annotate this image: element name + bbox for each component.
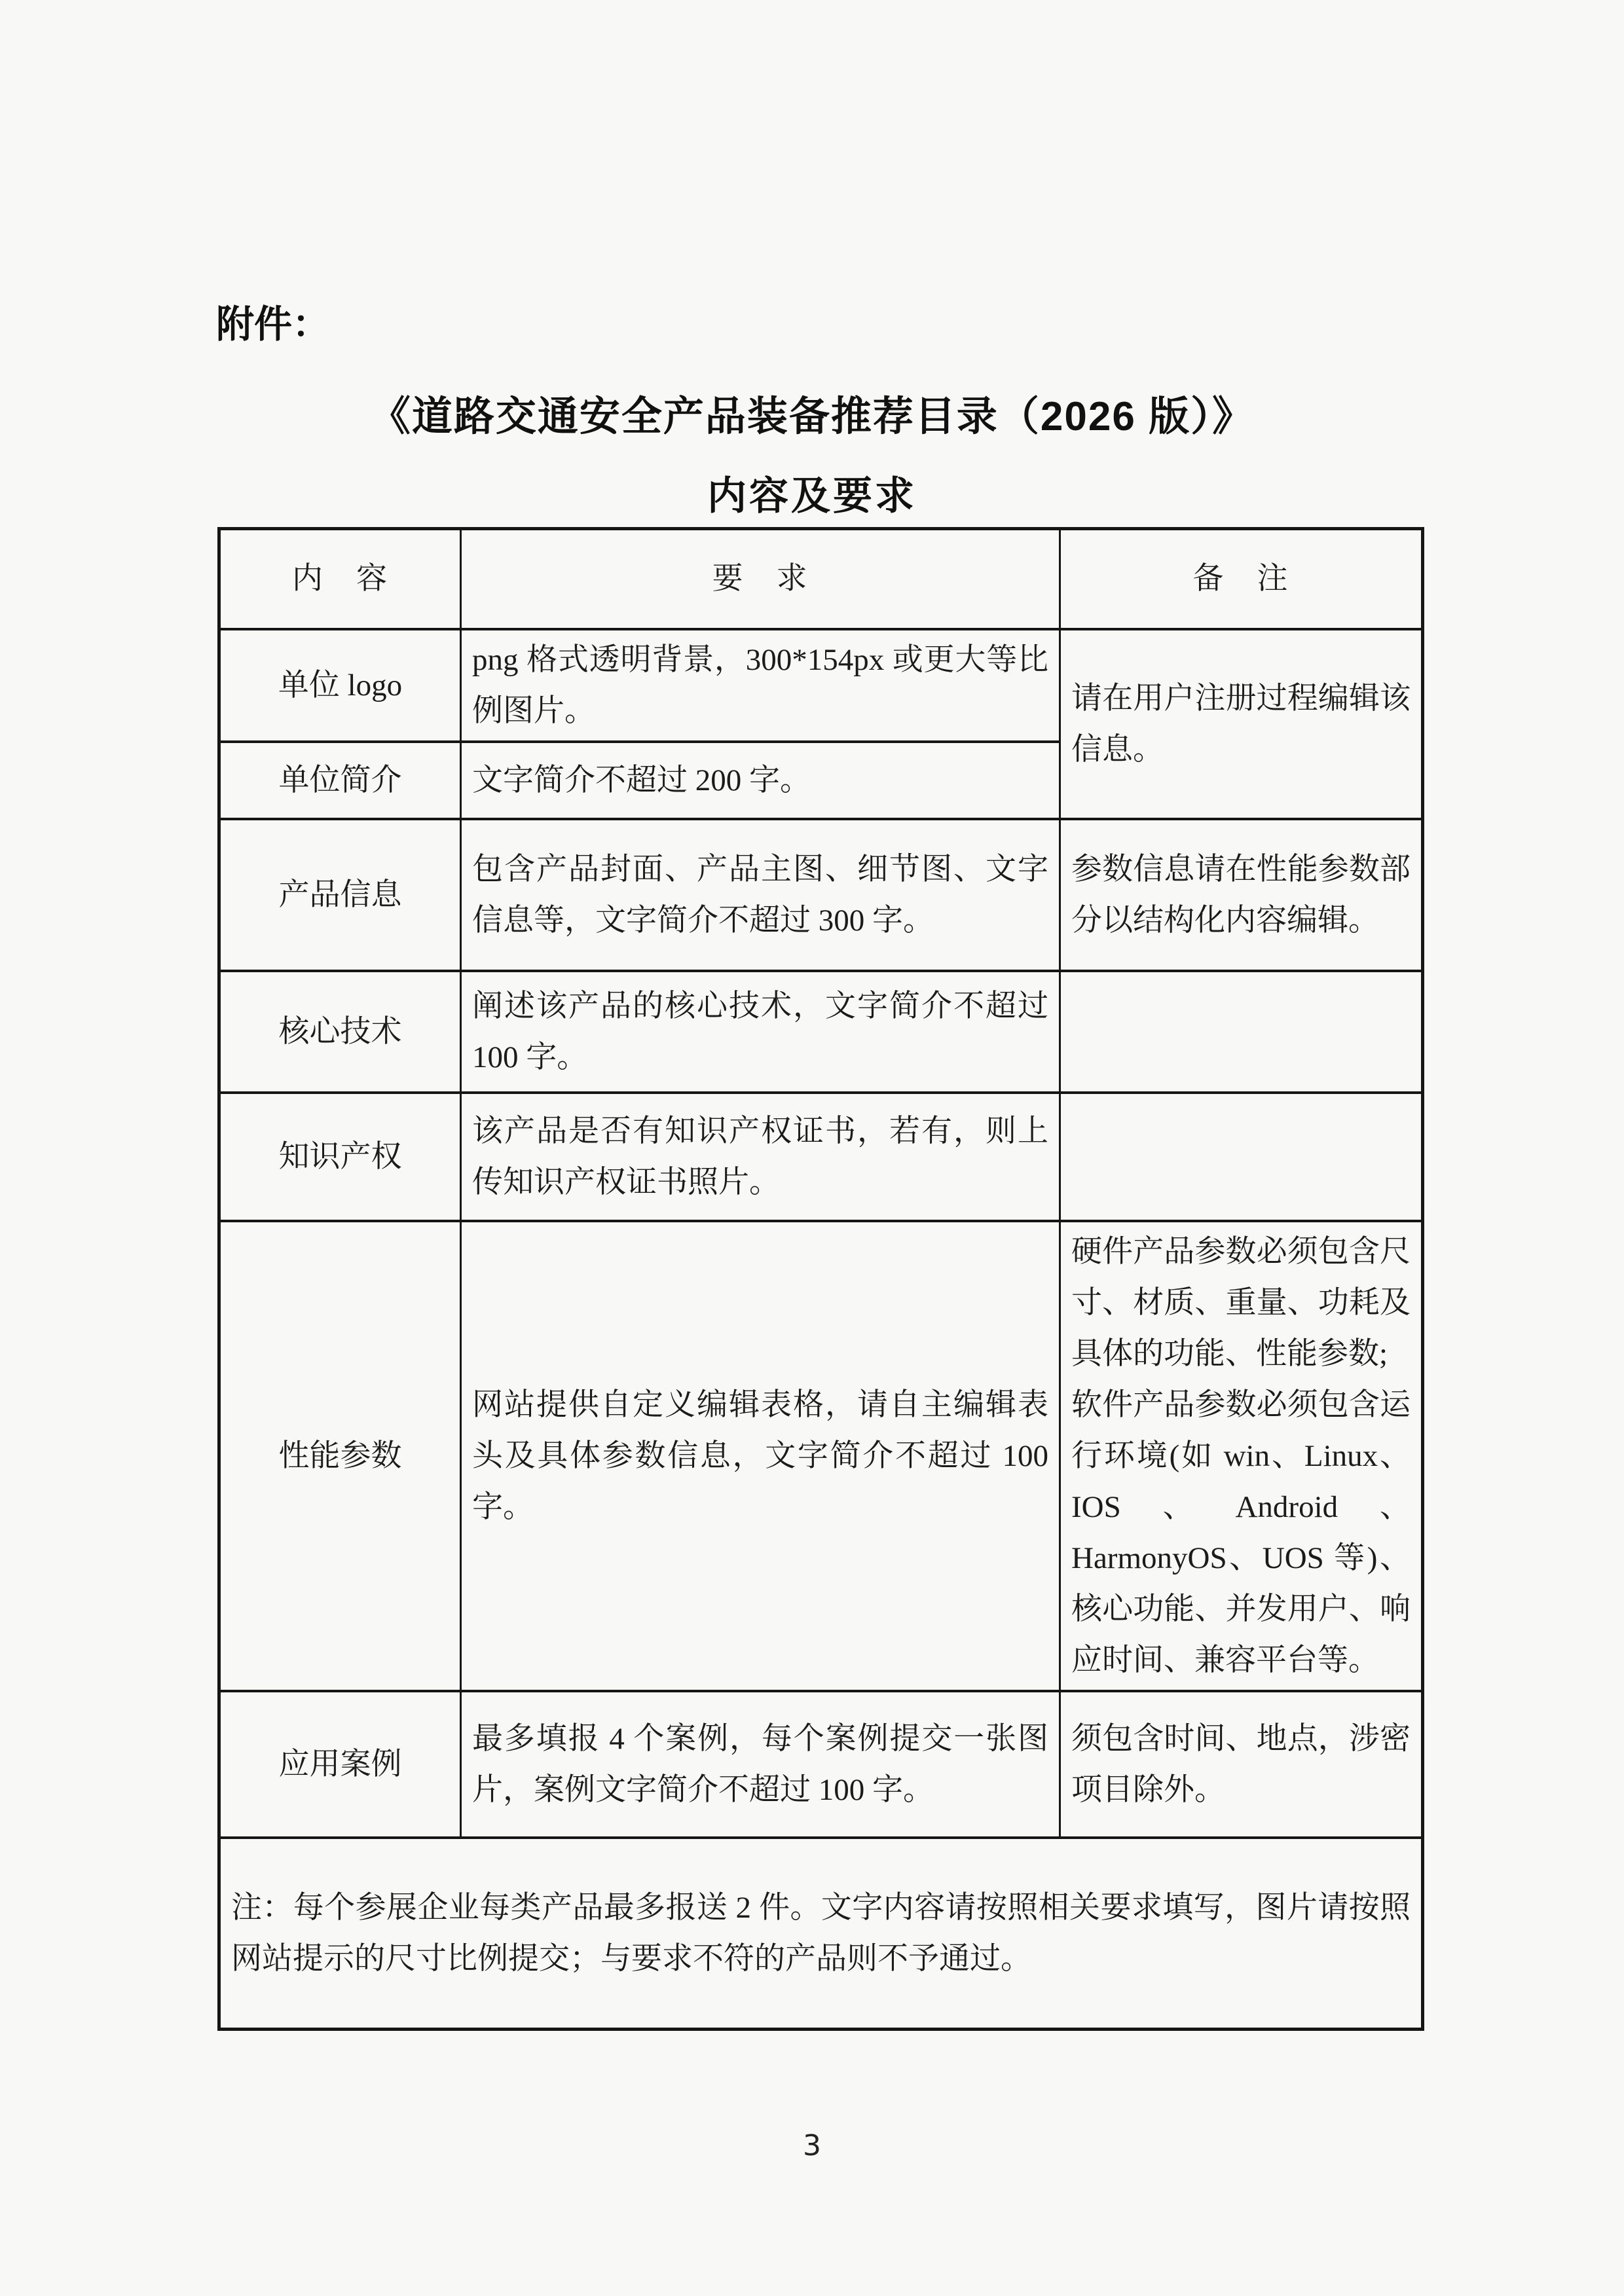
remark-paragraph-software: 软件产品参数必须包含运行环境(如 win、Linux、IOS、Android、H… (1071, 1379, 1411, 1686)
row-requirement: 网站提供自定义编辑表格，请自主编辑表头及具体参数信息，文字简介不超过 100 字… (461, 1221, 1060, 1691)
remark-paragraph-hardware: 硬件产品参数必须包含尺寸、材质、重量、功耗及具体的功能、性能参数; (1071, 1226, 1411, 1379)
row-remark-empty (1060, 971, 1423, 1093)
row-remark-empty (1060, 1093, 1423, 1221)
row-remark: 硬件产品参数必须包含尺寸、材质、重量、功耗及具体的功能、性能参数; 软件产品参数… (1060, 1221, 1423, 1691)
table-row-product-info: 产品信息 包含产品封面、产品主图、细节图、文字信息等，文字简介不超过 300 字… (219, 819, 1423, 971)
row-label: 知识产权 (219, 1093, 461, 1221)
row-label: 单位简介 (219, 742, 461, 819)
page-number: 3 (0, 2129, 1624, 2162)
row-remark-merged: 请在用户注册过程编辑该信息。 (1060, 629, 1423, 819)
row-label: 性能参数 (219, 1221, 461, 1691)
table-header-row: 内 容 要 求 备 注 (219, 529, 1423, 629)
header-requirement: 要 求 (461, 529, 1060, 629)
row-requirement: 最多填报 4 个案例，每个案例提交一张图片，案例文字简介不超过 100 字。 (461, 1691, 1060, 1838)
row-label: 产品信息 (219, 819, 461, 971)
row-remark: 参数信息请在性能参数部分以结构化内容编辑。 (1060, 819, 1423, 971)
row-requirement: 文字简介不超过 200 字。 (461, 742, 1060, 819)
header-remark: 备 注 (1060, 529, 1423, 629)
document-title: 《道路交通安全产品装备推荐目录（2026 版）》 (0, 384, 1624, 442)
document-subtitle: 内容及要求 (0, 465, 1624, 521)
document-page: 附件： 《道路交通安全产品装备推荐目录（2026 版）》 内容及要求 内 容 要… (0, 0, 1624, 2296)
table-row-intellectual-property: 知识产权 该产品是否有知识产权证书，若有，则上传知识产权证书照片。 (219, 1093, 1423, 1221)
table-note: 注：每个参展企业每类产品最多报送 2 件。文字内容请按照相关要求填写，图片请按照… (219, 1838, 1423, 2030)
row-label: 单位 logo (219, 629, 461, 742)
row-remark: 须包含时间、地点，涉密项目除外。 (1060, 1691, 1423, 1838)
attachment-label: 附件： (216, 293, 330, 348)
table-note-row: 注：每个参展企业每类产品最多报送 2 件。文字内容请按照相关要求填写，图片请按照… (219, 1838, 1423, 2030)
row-label: 应用案例 (219, 1691, 461, 1838)
row-label: 核心技术 (219, 971, 461, 1093)
row-requirement: 包含产品封面、产品主图、细节图、文字信息等，文字简介不超过 300 字。 (461, 819, 1060, 971)
requirements-table: 内 容 要 求 备 注 单位 logo png 格式透明背景，300*154px… (217, 527, 1424, 2031)
header-content: 内 容 (219, 529, 461, 629)
row-requirement: 该产品是否有知识产权证书，若有，则上传知识产权证书照片。 (461, 1093, 1060, 1221)
table-row-core-tech: 核心技术 阐述该产品的核心技术，文字简介不超过 100 字。 (219, 971, 1423, 1093)
row-requirement: 阐述该产品的核心技术，文字简介不超过 100 字。 (461, 971, 1060, 1093)
row-requirement: png 格式透明背景，300*154px 或更大等比例图片。 (461, 629, 1060, 742)
table-row-performance-params: 性能参数 网站提供自定义编辑表格，请自主编辑表头及具体参数信息，文字简介不超过 … (219, 1221, 1423, 1691)
table-row-unit-logo: 单位 logo png 格式透明背景，300*154px 或更大等比例图片。 请… (219, 629, 1423, 742)
table-row-application-case: 应用案例 最多填报 4 个案例，每个案例提交一张图片，案例文字简介不超过 100… (219, 1691, 1423, 1838)
